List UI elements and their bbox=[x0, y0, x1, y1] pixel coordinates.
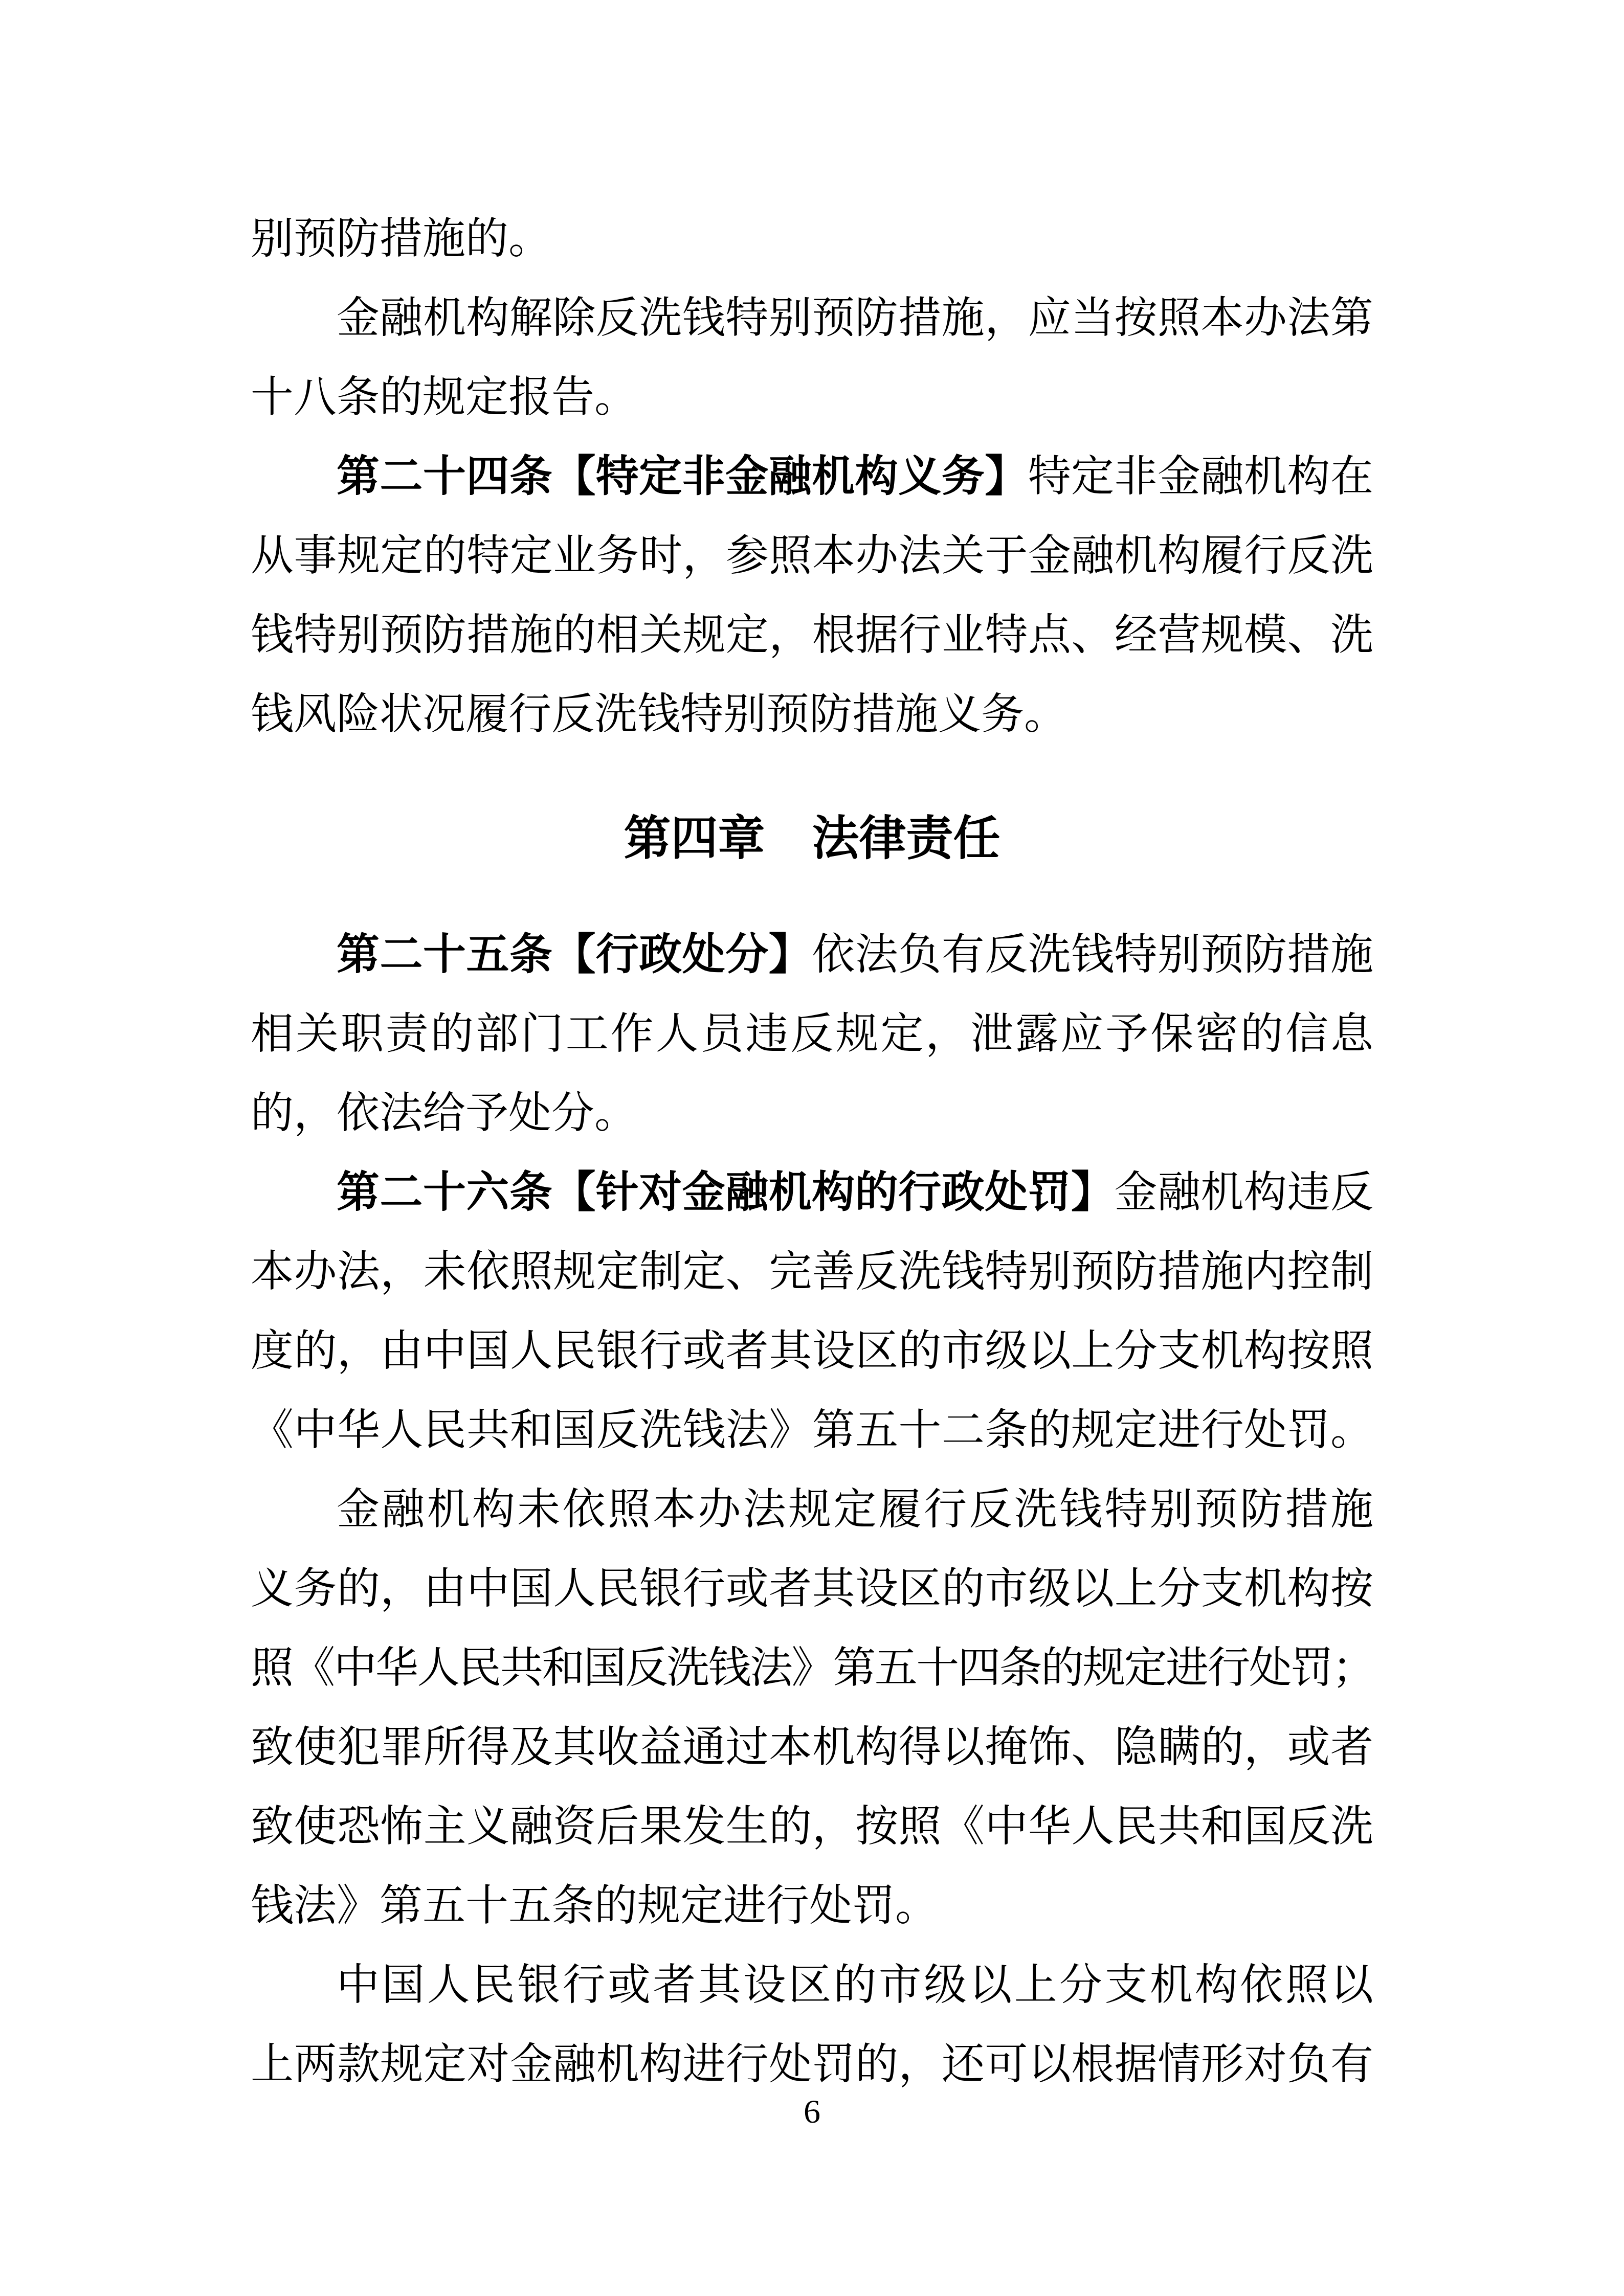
text-line: 照《中华人民共和国反洗钱法》第五十四条的规定进行处罚； bbox=[251, 1629, 1373, 1708]
text-line: 第二十六条【针对金融机构的行政处罚】金融机构违反 bbox=[251, 1153, 1373, 1232]
text-line: 钱特别预防措施的相关规定，根据行业特点、经营规模、洗 bbox=[251, 596, 1373, 675]
text-line: 第二十四条【特定非金融机构义务】特定非金融机构在 bbox=[251, 437, 1373, 516]
text-line: 相关职责的部门工作人员违反规定，泄露应予保密的信息 bbox=[251, 995, 1373, 1074]
document-body: 别预防措施的。金融机构解除反洗钱特别预防措施，应当按照本办法第十八条的规定报告。… bbox=[251, 199, 1373, 2104]
line-text: 依法负有反洗钱特别预防措施 bbox=[812, 931, 1373, 979]
line-text: 特定非金融机构在 bbox=[1028, 453, 1373, 501]
chapter-heading: 第四章 法律责任 bbox=[251, 798, 1373, 880]
text-line: 金融机构解除反洗钱特别预防措施，应当按照本办法第 bbox=[251, 279, 1373, 358]
text-line: 十八条的规定报告。 bbox=[251, 358, 1373, 437]
text-line: 的，依法给予处分。 bbox=[251, 1074, 1373, 1153]
text-line: 第二十五条【行政处分】依法负有反洗钱特别预防措施 bbox=[251, 915, 1373, 995]
text-line: 致使恐怖主义融资后果发生的，按照《中华人民共和国反洗 bbox=[251, 1787, 1373, 1866]
text-line: 《中华人民共和国反洗钱法》第五十二条的规定进行处罚。 bbox=[251, 1391, 1373, 1470]
page-number: 6 bbox=[0, 2089, 1624, 2135]
text-line: 从事规定的特定业务时，参照本办法关于金融机构履行反洗 bbox=[251, 516, 1373, 596]
text-line: 本办法，未依照规定制定、完善反洗钱特别预防措施内控制 bbox=[251, 1232, 1373, 1312]
text-line: 中国人民银行或者其设区的市级以上分支机构依照以 bbox=[251, 1946, 1373, 2025]
line-text: 金融机构违反 bbox=[1115, 1169, 1373, 1217]
article-header-bold: 第二十五条【行政处分】 bbox=[337, 931, 812, 979]
text-line: 钱风险状况履行反洗钱特别预防措施义务。 bbox=[251, 675, 1373, 754]
document-page: 别预防措施的。金融机构解除反洗钱特别预防措施，应当按照本办法第十八条的规定报告。… bbox=[0, 0, 1624, 2296]
article-header-bold: 第二十四条【特定非金融机构义务】 bbox=[337, 453, 1028, 501]
text-line: 义务的，由中国人民银行或者其设区的市级以上分支机构按 bbox=[251, 1549, 1373, 1629]
text-line: 别预防措施的。 bbox=[251, 199, 1373, 279]
text-line: 致使犯罪所得及其收益通过本机构得以掩饰、隐瞒的，或者 bbox=[251, 1708, 1373, 1787]
text-line: 度的，由中国人民银行或者其设区的市级以上分支机构按照 bbox=[251, 1312, 1373, 1391]
text-line: 钱法》第五十五条的规定进行处罚。 bbox=[251, 1866, 1373, 1946]
text-line: 金融机构未依照本办法规定履行反洗钱特别预防措施 bbox=[251, 1470, 1373, 1549]
article-header-bold: 第二十六条【针对金融机构的行政处罚】 bbox=[337, 1169, 1115, 1217]
